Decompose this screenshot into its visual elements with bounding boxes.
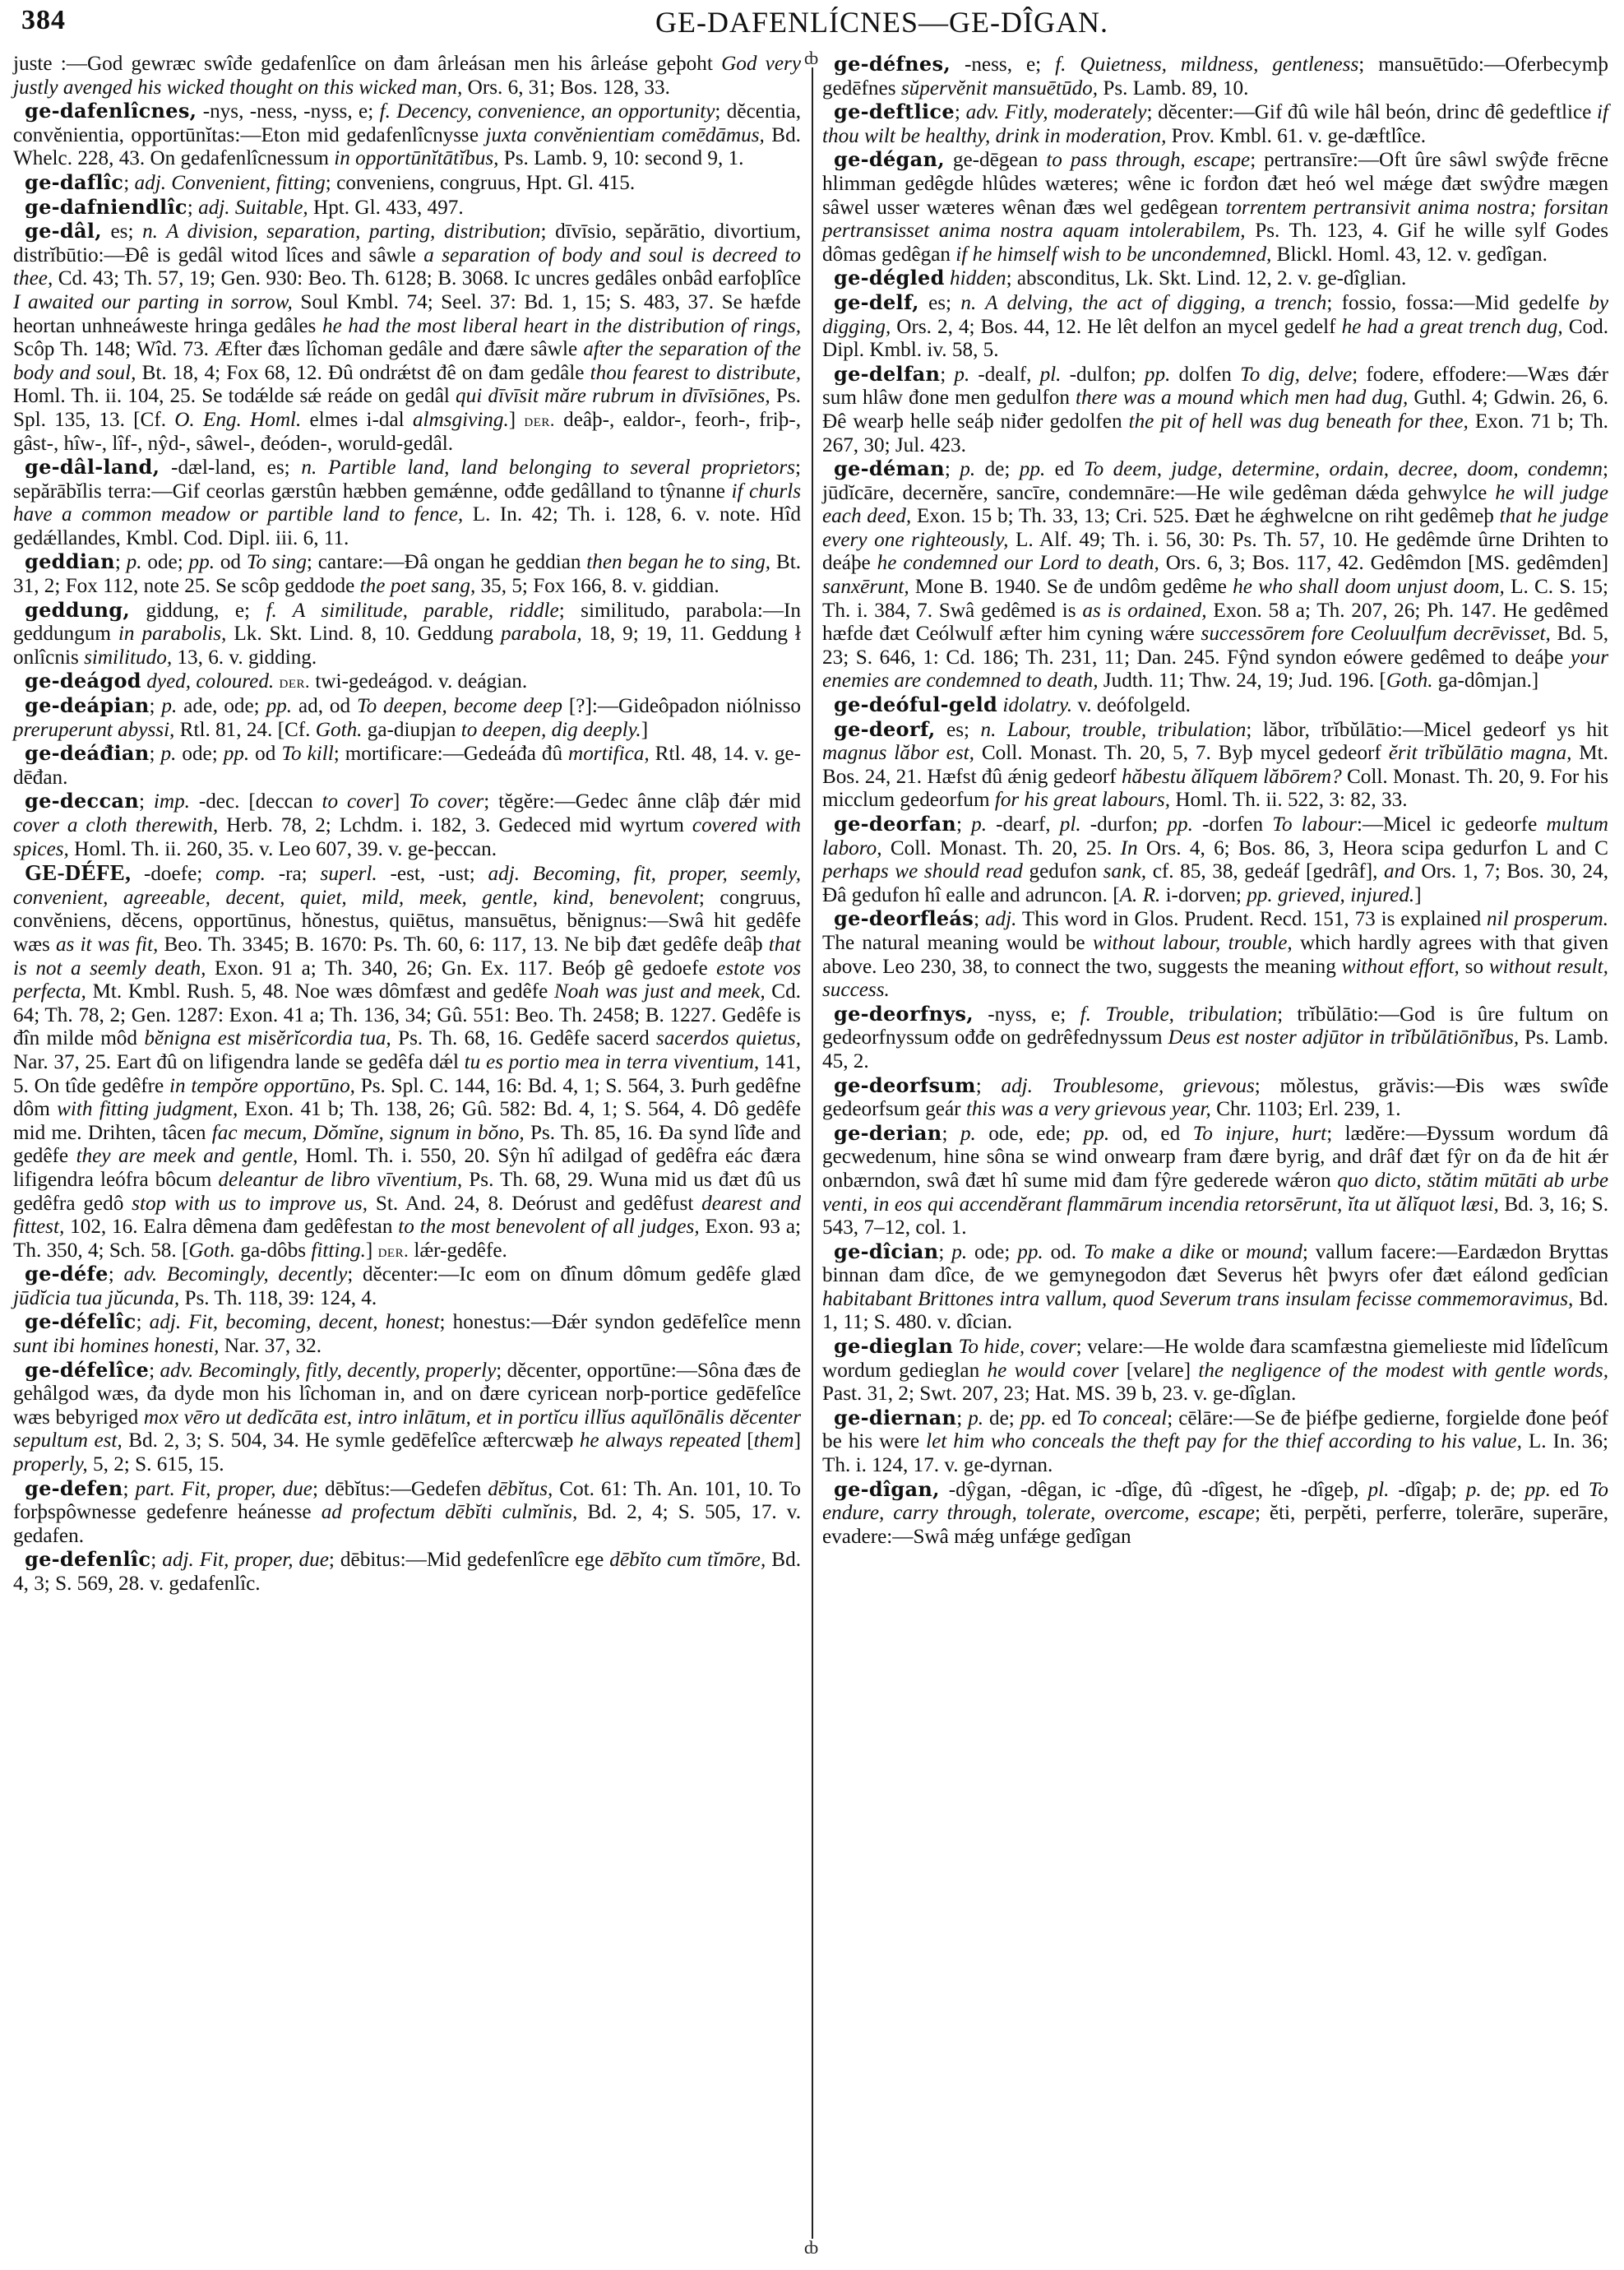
- entry-text: ; conveniens, congruus, Hpt. Gl. 415.: [326, 172, 635, 194]
- entry-text: od: [249, 743, 281, 765]
- italic-gloss: without effort,: [1342, 956, 1460, 978]
- italic-gloss: he condemned our Lord to death,: [877, 552, 1159, 574]
- entry-text: [: [741, 1429, 754, 1452]
- dictionary-entry: ge-dieglan To hide, cover; velare:—He wo…: [822, 1335, 1608, 1406]
- running-head-text: GE-DAFENLÍCNES—GE-DÎGAN.: [516, 5, 1108, 39]
- italic-gloss: in opportūnĭtātĭbus,: [334, 147, 498, 169]
- italic-gloss: tu es portio mea in terra viventium,: [465, 1051, 760, 1073]
- entry-text: ; mortificare:—Gedeáđa đû: [334, 743, 568, 765]
- entry-text: [?]:—Gideôpadon niólnisso: [562, 695, 801, 717]
- entry-text: ;: [150, 743, 161, 765]
- italic-gloss: n. Partible land, land belonging to seve…: [301, 456, 795, 479]
- divider-ornament-top-icon: ȸ: [804, 49, 818, 67]
- entry-text: od.: [1043, 1241, 1084, 1263]
- entry-text: ;: [956, 1407, 968, 1429]
- entry-text: Past. 31, 2; Swt. 207, 23; Hat. MS. 39 b…: [822, 1383, 1296, 1405]
- headword: ge-deftlice: [834, 100, 955, 123]
- entry-text: 35, 5; Fox 166, 8. v. giddian.: [475, 575, 719, 597]
- italic-gloss: juxta convĕnientiam comēdāmus,: [486, 124, 765, 146]
- dictionary-entry: ge-deorfan; p. -dearf, pl. -durfon; pp. …: [822, 813, 1608, 907]
- italic-gloss: pp.: [1084, 1123, 1109, 1145]
- entry-text: Judth. 11; Thw. 24, 19; Jud. 196. [: [1099, 669, 1386, 692]
- entry-text: ;: [123, 172, 134, 194]
- entry-text: ;: [139, 790, 154, 813]
- italic-gloss: cover a cloth therewith,: [13, 814, 218, 836]
- entry-text: Coll. Monast. Th. 20, 25.: [882, 837, 1121, 859]
- italic-gloss: To hide, cover: [959, 1336, 1076, 1358]
- dictionary-entry: ge-deorfleás; adj. This word in Glos. Pr…: [822, 907, 1608, 1002]
- entry-text: Homl. Th. ii. 522, 3: 82, 33.: [1170, 789, 1408, 811]
- entry-text: es;: [102, 220, 142, 243]
- italic-gloss: to deepen, dig deeply.: [461, 719, 641, 741]
- italic-gloss: adj. Troublesome, grievous: [1001, 1075, 1254, 1097]
- italic-gloss: stop with us to improve us,: [132, 1193, 368, 1215]
- italic-gloss: f. A similitude, parable, riddle: [266, 600, 559, 622]
- italic-gloss: properly,: [13, 1453, 88, 1475]
- italic-gloss: there was a mound which men had dug,: [1076, 387, 1408, 409]
- entry-text: es;: [919, 292, 961, 314]
- entry-text: ;: [149, 1360, 160, 1382]
- italic-gloss: jūdĭcia tua jŭcunda,: [13, 1287, 179, 1309]
- dictionary-entry: ge-deóful-geld idolatry. v. deófolgeld.: [822, 693, 1608, 718]
- entry-text: twi-gedeágod. v. deágian.: [310, 670, 527, 693]
- italic-gloss: hidden: [950, 267, 1006, 290]
- italic-gloss: To deem, judge, determine, ordain, decre…: [1084, 458, 1603, 480]
- italic-gloss: qui dīvīsit măre rubrum in dīvīsiōnes,: [456, 385, 770, 407]
- headword: ge-deccan: [25, 789, 139, 813]
- italic-gloss: for his great labours,: [995, 789, 1170, 811]
- italic-gloss: almsgiving.: [413, 409, 509, 431]
- entry-text: 13, 6. v. gidding.: [172, 646, 317, 669]
- italic-gloss: p.: [968, 1407, 983, 1429]
- entry-text: ;: [976, 1075, 1002, 1097]
- entry-text: juste :—God gewræc swîđe gedafenlîce on …: [13, 53, 721, 75]
- italic-gloss: dyed, coloured.: [146, 670, 274, 693]
- headword: ge-derian: [834, 1121, 942, 1145]
- entry-text: Prov. Kmbl. 61. v. ge-dæftlîce.: [1166, 125, 1426, 147]
- italic-gloss: n. A division, separation, parting, dist…: [142, 220, 540, 243]
- dictionary-entry: GE-DÉFE, -doefe; comp. -ra; superl. -est…: [13, 861, 801, 1262]
- entry-text: -dorfen: [1193, 813, 1272, 836]
- entry-text: Chr. 1103; Erl. 239, 1.: [1211, 1098, 1401, 1120]
- italic-gloss: pp.: [266, 695, 292, 717]
- entry-text: giddung, e;: [130, 600, 266, 622]
- italic-gloss: the negligence of the modest with gentle…: [1198, 1360, 1608, 1382]
- entry-text: -doefe;: [131, 863, 215, 885]
- italic-gloss: To injure, hurt: [1193, 1123, 1327, 1145]
- italic-gloss: idolatry.: [1002, 694, 1072, 716]
- headword: ge-dafniendlîc: [25, 195, 187, 219]
- entry-continuation: juste :—God gewræc swîđe gedafenlîce on …: [13, 53, 801, 100]
- italic-gloss: To cover: [409, 790, 483, 813]
- entry-text: ; lăbor, trĭbŭlātio:—Micel gedeorf ys hi…: [1246, 719, 1608, 741]
- headword: ge-défelîce: [25, 1358, 149, 1382]
- headword: ge-défe: [25, 1262, 109, 1286]
- italic-gloss: To kill: [281, 743, 333, 765]
- dictionary-entry: geddung, giddung, e; f. A similitude, pa…: [13, 599, 801, 670]
- dictionary-entry: ge-dégan, ge-dēgean to pass through, esc…: [822, 148, 1608, 266]
- entry-text: -dec. [deccan: [190, 790, 322, 813]
- entry-text: v. deófolgeld.: [1072, 694, 1191, 716]
- dictionary-entry: ge-diernan; p. de; pp. ed To conceal; cē…: [822, 1406, 1608, 1478]
- italic-gloss: Deus est noster adjūtor in trĭbŭlātiōnĭb…: [1168, 1026, 1519, 1049]
- italic-gloss: as it was fit,: [56, 933, 158, 956]
- entry-text: Ors. 2, 4; Bos. 44, 12. He lêt delfon an…: [891, 316, 1341, 338]
- italic-gloss: f. Trouble, tribulation: [1080, 1003, 1277, 1026]
- italic-gloss: pl.: [1060, 813, 1081, 836]
- entry-text: Mt. Kmbl. Rush. 5, 48. Noe wæs dômfæst a…: [86, 980, 554, 1003]
- headword: ge-diernan: [834, 1406, 956, 1429]
- italic-gloss: hăbestu ălĭquem lăbōrem?: [1122, 766, 1342, 788]
- italic-gloss: adj. Fit, becoming, decent, honest: [150, 1311, 440, 1333]
- italic-gloss: pp.: [189, 551, 215, 573]
- italic-gloss: comp.: [215, 863, 266, 885]
- italic-gloss: pp.: [1525, 1479, 1550, 1501]
- dictionary-entry: ge-dafenlîcnes, -nys, -ness, -nyss, e; f…: [13, 100, 801, 171]
- dictionary-entry: ge-défe; adv. Becomingly, decently; dĕce…: [13, 1262, 801, 1310]
- headword: ge-deágod: [25, 669, 141, 693]
- entry-text: -dearf,: [987, 813, 1060, 836]
- italic-gloss: nil prosperum.: [1487, 908, 1608, 930]
- italic-gloss: pp.: [1167, 813, 1192, 836]
- headword: ge-dieglan: [834, 1334, 953, 1358]
- italic-gloss: deleantur de libro vīventium,: [218, 1169, 462, 1191]
- italic-gloss: p.: [1466, 1479, 1482, 1501]
- entry-text: so: [1460, 956, 1489, 978]
- entry-text: Cd. 43; Th. 57, 19; Gen. 930: Beo. Th. 6…: [53, 267, 801, 290]
- entry-text: -ness, e;: [951, 53, 1055, 76]
- italic-gloss: if he himself wish to be uncondemned,: [955, 243, 1271, 266]
- italic-gloss: p.: [161, 695, 177, 717]
- entry-text: -dulfon;: [1061, 364, 1144, 386]
- entry-text: elmes i-dal: [301, 409, 413, 431]
- italic-gloss: magnus lăbor est,: [822, 742, 974, 764]
- italic-gloss: pp.: [1017, 1241, 1043, 1263]
- italic-gloss: to the most benevolent of all judges,: [398, 1216, 699, 1238]
- column-divider: [812, 67, 813, 2239]
- entry-text: ; honestus:—Đǽr syndon gedēfelîce menn: [439, 1311, 801, 1333]
- italic-gloss: sŭpervĕnit mansuētūdo,: [901, 77, 1098, 100]
- headword: ge-deorfan: [834, 812, 956, 836]
- italic-gloss: pl.: [1040, 364, 1062, 386]
- entry-text: cf. 85, 38, gedeáf [gedrâf],: [1146, 860, 1384, 883]
- italic-gloss: fitting.: [311, 1239, 365, 1262]
- italic-gloss: mortifica,: [568, 743, 650, 765]
- italic-gloss: with fitting judgment,: [57, 1098, 238, 1120]
- entry-text: Ps. Lamb. 89, 10.: [1098, 77, 1248, 100]
- dictionary-entry: ge-deorf, es; n. Labour, trouble, tribul…: [822, 718, 1608, 813]
- headword: geddung,: [25, 598, 130, 622]
- entry-text: ;: [150, 695, 162, 717]
- italic-gloss: they are meek and gentle,: [76, 1145, 298, 1167]
- headword: ge-dégled: [834, 266, 945, 290]
- italic-gloss: n. Labour, trouble, tribulation: [981, 719, 1247, 741]
- entry-text: od, ed: [1109, 1123, 1192, 1145]
- italic-gloss: p.: [954, 364, 969, 386]
- entry-text: ode, ede;: [976, 1123, 1084, 1145]
- dictionary-entry: ge-derian; p. ode, ede; pp. od, ed To in…: [822, 1122, 1608, 1240]
- headword: ge-défnes,: [834, 52, 951, 76]
- entry-text: ;: [123, 1478, 136, 1500]
- dictionary-entry: ge-deorfnys, -nyss, e; f. Trouble, tribu…: [822, 1003, 1608, 1074]
- italic-gloss: adv. Becomingly, fitly, decently, proper…: [160, 1360, 496, 1382]
- headword: ge-dâl,: [25, 219, 102, 243]
- italic-gloss: To dig, delve: [1240, 364, 1352, 386]
- italic-gloss: adv. Fitly, moderately: [966, 101, 1147, 123]
- entry-text: ;: [945, 458, 960, 480]
- entry-text: Homl. Th. ii. 104, 25. Se todǽlde sǽ reá…: [13, 385, 456, 407]
- entry-text: ; absconditus, Lk. Skt. Lind. 12, 2. v. …: [1006, 267, 1407, 290]
- italic-gloss: p.: [951, 1241, 967, 1263]
- entry-text: de;: [1482, 1479, 1525, 1501]
- entry-text: ]: [366, 1239, 378, 1262]
- italic-gloss: imp.: [154, 790, 190, 813]
- entry-text: :—Micel ic gedeorfe: [1357, 813, 1547, 836]
- italic-gloss: fac mecum, Dŏmĭne, signum in bŏno,: [212, 1122, 525, 1144]
- entry-text: gedufon: [1023, 860, 1103, 883]
- headword: ge-deorf,: [834, 717, 936, 741]
- italic-gloss: p.: [127, 551, 142, 573]
- italic-gloss: this was a very grievous year,: [966, 1098, 1211, 1120]
- entry-text: Mone B. 1940. Se đe undôm gedême: [909, 576, 1233, 598]
- entry-text: ;: [942, 1123, 960, 1145]
- italic-gloss: parabola,: [501, 623, 582, 645]
- headword: ge-dégan,: [834, 147, 945, 171]
- entry-text: -dîgaþ;: [1389, 1479, 1465, 1501]
- entry-text: ad, od: [292, 695, 357, 717]
- italic-gloss: to pass through, escape: [1046, 149, 1250, 171]
- entry-text: ed: [1046, 1407, 1077, 1429]
- italic-gloss: adj.: [985, 908, 1016, 930]
- headword: ge-déman: [834, 456, 945, 480]
- entry-text: Ors. 6, 3; Bos. 117, 42. Gedêmdon [MS. g…: [1159, 552, 1608, 574]
- italic-gloss: ĕrit trĭbŭlātio magna,: [1389, 742, 1572, 764]
- entry-text: -ra;: [266, 863, 321, 885]
- dictionary-entry: ge-deccan; imp. -dec. [deccan to cover] …: [13, 790, 801, 861]
- headword: ge-daflîc: [25, 170, 123, 194]
- entry-text: Exon. 91 a; Th. 340, 26; Gn. Ex. 117. Be…: [206, 957, 716, 980]
- right-column: ge-défnes, -ness, e; f. Quietness, mildn…: [822, 53, 1608, 1549]
- entry-text: ; fossio, fossa:—Mid gedelfe: [1326, 292, 1589, 314]
- entry-text: Exon. 15 b; Th. 33, 13; Cri. 525. Đæt he…: [911, 505, 1499, 527]
- entry-text: ga-dôbs: [235, 1239, 311, 1262]
- entry-text: ode;: [176, 743, 223, 765]
- italic-gloss: n. A delving, the act of digging, a tren…: [960, 292, 1326, 314]
- entry-text: ode;: [142, 551, 189, 573]
- italic-gloss: p.: [160, 743, 176, 765]
- italic-gloss: To sing: [247, 551, 307, 573]
- dictionary-entry: geddian; p. ode; pp. od To sing; cantare…: [13, 550, 801, 598]
- entry-text: St. And. 24, 8. Deórust and gedêfust: [368, 1193, 701, 1215]
- entry-text: ; tĕgĕre:—Gedec ânne clâþ đǽr mid: [483, 790, 801, 813]
- entry-text: ]: [1414, 884, 1421, 906]
- italic-gloss: sunt ibi homines honesti,: [13, 1335, 219, 1357]
- entry-text: ; dĕcenter:—Gif đû wile hâl beón, drinc …: [1146, 101, 1597, 123]
- entry-text: Beo. Th. 3345; B. 1670: Ps. Th. 60, 6: 1…: [158, 933, 768, 956]
- entry-text: ;: [109, 1263, 124, 1286]
- headword: ge-dîcian: [834, 1239, 938, 1263]
- italic-gloss: part. Fit, proper, due: [136, 1478, 312, 1500]
- entry-text: -dealf,: [969, 364, 1039, 386]
- italic-gloss: Noah was just and meek,: [554, 980, 766, 1003]
- entry-text: Hpt. Gl. 433, 497.: [308, 197, 464, 219]
- derivatives-label: der.: [524, 410, 555, 430]
- dictionary-entry: ge-deágod dyed, coloured. der. twi-gedeá…: [13, 669, 801, 694]
- italic-gloss: O. Eng. Homl.: [174, 409, 301, 431]
- entry-text: ade, ode;: [177, 695, 266, 717]
- entry-text: od: [215, 551, 247, 573]
- headword: ge-deáđian: [25, 741, 150, 765]
- entry-text: -dæl-land, es;: [160, 456, 301, 479]
- entry-text: -est, -ust;: [377, 863, 488, 885]
- headword: ge-delfan: [834, 362, 940, 386]
- entry-text: Scôp Th. 148; Wîd. 73. Æfter đæs lîchoma…: [13, 338, 583, 360]
- italic-gloss: Goth.: [188, 1239, 235, 1262]
- headword: ge-dafenlîcnes,: [25, 99, 197, 123]
- italic-gloss: sanxērunt,: [822, 576, 909, 598]
- headword: ge-dâl-land,: [25, 455, 160, 479]
- italic-gloss: habitabant Brittones intra vallum, quod …: [822, 1288, 1573, 1310]
- entry-text: Nar. 37, 25. Eart đû on lifigendra lande…: [13, 1051, 465, 1073]
- italic-gloss: he had the most liberal heart in the dis…: [322, 315, 801, 337]
- entry-text: -nyss, e;: [974, 1003, 1080, 1026]
- italic-gloss: To conceal: [1077, 1407, 1168, 1429]
- italic-gloss: the pit of hell was dug beneath for thee…: [1129, 410, 1469, 433]
- italic-gloss: to cover: [322, 790, 392, 813]
- italic-gloss: then began he to sing,: [586, 551, 770, 573]
- italic-gloss: he had a great trench dug,: [1342, 316, 1563, 338]
- headword: ge-deorfnys,: [834, 1002, 974, 1026]
- headword: ge-defen: [25, 1476, 123, 1500]
- italic-gloss: adv. Becomingly, decently: [123, 1263, 347, 1286]
- headword: ge-dîgan,: [834, 1477, 940, 1501]
- entry-text: ed: [1045, 458, 1084, 480]
- italic-gloss: pp.: [1020, 458, 1045, 480]
- italic-gloss: pp.: [1020, 1407, 1046, 1429]
- entry-text: Coll. Monast. Th. 20, 5, 7. Byþ mycel ge…: [974, 742, 1389, 764]
- italic-gloss: p.: [960, 458, 975, 480]
- italic-gloss: p.: [971, 813, 987, 836]
- entry-text: ;: [974, 908, 985, 930]
- dictionary-entry: ge-défelîc; adj. Fit, becoming, decent, …: [13, 1310, 801, 1358]
- headword: ge-deorfleás: [834, 906, 974, 930]
- italic-gloss: without labour, trouble,: [1093, 932, 1293, 954]
- entry-text: ]: [641, 719, 648, 741]
- entry-text: Ps. Th. 68, 16. Gedêfe sacerd: [391, 1027, 656, 1049]
- italic-gloss: pp.: [224, 743, 249, 765]
- entry-text: ;: [187, 197, 198, 219]
- derivatives-label: der.: [378, 1240, 409, 1261]
- italic-gloss: perhaps we should read: [822, 860, 1023, 883]
- entry-text: ;: [150, 1549, 162, 1571]
- headword: ge-deápian: [25, 693, 150, 717]
- italic-gloss: In: [1121, 837, 1138, 859]
- dictionary-entry: ge-dégled hidden; absconditus, Lk. Skt. …: [822, 266, 1608, 291]
- entry-text: ]: [509, 409, 525, 431]
- italic-gloss: them: [754, 1429, 794, 1452]
- dictionary-entry: ge-deápian; p. ade, ode; pp. ad, od To d…: [13, 694, 801, 742]
- entry-text: ]: [794, 1429, 801, 1452]
- entry-text: ga-diupjan: [362, 719, 460, 741]
- entry-text: [velare]: [1118, 1360, 1198, 1382]
- dictionary-entry: ge-daflîc; adj. Convenient, fitting; con…: [13, 171, 801, 196]
- headword: ge-défelîc: [25, 1309, 136, 1333]
- dictionary-entry: ge-défnes, -ness, e; f. Quietness, mildn…: [822, 53, 1608, 100]
- italic-gloss: To labour: [1272, 813, 1357, 836]
- dictionary-entry: ge-déman; p. de; pp. ed To deem, judge, …: [822, 457, 1608, 693]
- italic-gloss: bĕnigna est misĕrĭcordia tua,: [144, 1027, 391, 1049]
- entry-text: Homl. Th. ii. 260, 35. v. Leo 607, 39. v…: [69, 838, 497, 860]
- entry-text: de;: [975, 458, 1020, 480]
- divider-ornament-bottom-icon: ȸ: [804, 2239, 818, 2257]
- entry-text: ode;: [967, 1241, 1017, 1263]
- italic-gloss: adj. Suitable,: [198, 197, 308, 219]
- italic-gloss: mound: [1246, 1241, 1302, 1263]
- italic-gloss: let him who conceals the theft pay for t…: [926, 1430, 1522, 1452]
- italic-gloss: sacerdos quietus,: [656, 1027, 801, 1049]
- left-column: juste :—God gewræc swîđe gedafenlîce on …: [13, 53, 801, 1596]
- dictionary-entry: ge-dîcian; p. ode; pp. od. To make a dik…: [822, 1240, 1608, 1335]
- dictionary-entry: ge-deorfsum; adj. Troublesome, grievous;…: [822, 1074, 1608, 1122]
- italic-gloss: I awaited our parting in sorrow,: [13, 291, 293, 313]
- italic-gloss: f. Decency, convenience, an opportunity: [380, 100, 715, 123]
- entry-text: ;: [956, 813, 971, 836]
- entry-text: ;: [136, 1311, 150, 1333]
- entry-text: Lk. Skt. Lind. 8, 10. Geddung: [226, 623, 501, 645]
- italic-gloss: Goth.: [1386, 669, 1433, 692]
- entry-text: Nar. 37, 32.: [219, 1335, 322, 1357]
- italic-gloss: A. R.: [1120, 884, 1161, 906]
- entry-text: ; cantare:—Đâ ongan he geddian: [307, 551, 586, 573]
- headword: ge-deóful-geld: [834, 693, 997, 716]
- dictionary-entry: ge-dîgan, -dŷgan, -dêgan, ic -dîge, đû -…: [822, 1478, 1608, 1550]
- dictionary-entry: ge-dâl-land, -dæl-land, es; n. Partible …: [13, 456, 801, 550]
- headword: ge-delf,: [834, 290, 919, 314]
- italic-gloss: To make a dike: [1084, 1241, 1215, 1263]
- italic-gloss: pp.: [1145, 364, 1170, 386]
- derivatives-label: der.: [280, 671, 311, 692]
- running-head: GE-DAFENLÍCNES—GE-DÎGAN.: [0, 5, 1624, 39]
- italic-gloss: superl.: [320, 863, 377, 885]
- entry-text: Bd. 2, 3; S. 504, 34. He symle gedēfelîc…: [123, 1429, 580, 1452]
- italic-gloss: adj. Convenient, fitting: [135, 172, 326, 194]
- italic-gloss: ad profectum dēbĭti culmĭnis,: [322, 1501, 578, 1523]
- entry-text: Ps. Lamb. 9, 10: second 9, 1.: [498, 147, 743, 169]
- entry-text: Ors. 6, 31; Bos. 128, 33.: [462, 76, 670, 99]
- dictionary-entry: ge-delfan; p. -dealf, pl. -dulfon; pp. d…: [822, 363, 1608, 457]
- dictionary-entry: ge-defen; part. Fit, proper, due; dēbĭtu…: [13, 1477, 801, 1549]
- dictionary-entry: ge-dafniendlîc; adj. Suitable, Hpt. Gl. …: [13, 196, 801, 220]
- entry-text: ;: [938, 1241, 951, 1263]
- entry-text: ]: [393, 790, 409, 813]
- headword: ge-deorfsum: [834, 1073, 976, 1097]
- entry-text: ;: [955, 101, 966, 123]
- italic-gloss: similitudo,: [84, 646, 172, 669]
- italic-gloss: dēbĭtus,: [488, 1478, 553, 1500]
- italic-gloss: and: [1384, 860, 1415, 883]
- dictionary-entry: ge-dâl, es; n. A division, separation, p…: [13, 220, 801, 456]
- italic-gloss: dēbĭto cum tĭmōre,: [609, 1549, 766, 1571]
- entry-text: dolfen: [1170, 364, 1240, 386]
- entry-text: Herb. 78, 2; Lchdm. i. 182, 3. Gedeced m…: [218, 814, 692, 836]
- entry-text: i-dorven;: [1160, 884, 1247, 906]
- italic-gloss: the poet sang,: [360, 575, 476, 597]
- entry-text: The natural meaning would be: [822, 932, 1093, 954]
- italic-gloss: Goth.: [316, 719, 363, 741]
- entry-text: This word in Glos. Prudent. Recd. 151, 7…: [1016, 908, 1487, 930]
- italic-gloss: in tempŏre opportūno,: [169, 1075, 355, 1097]
- entry-text: lǽr-gedêfe.: [409, 1239, 507, 1262]
